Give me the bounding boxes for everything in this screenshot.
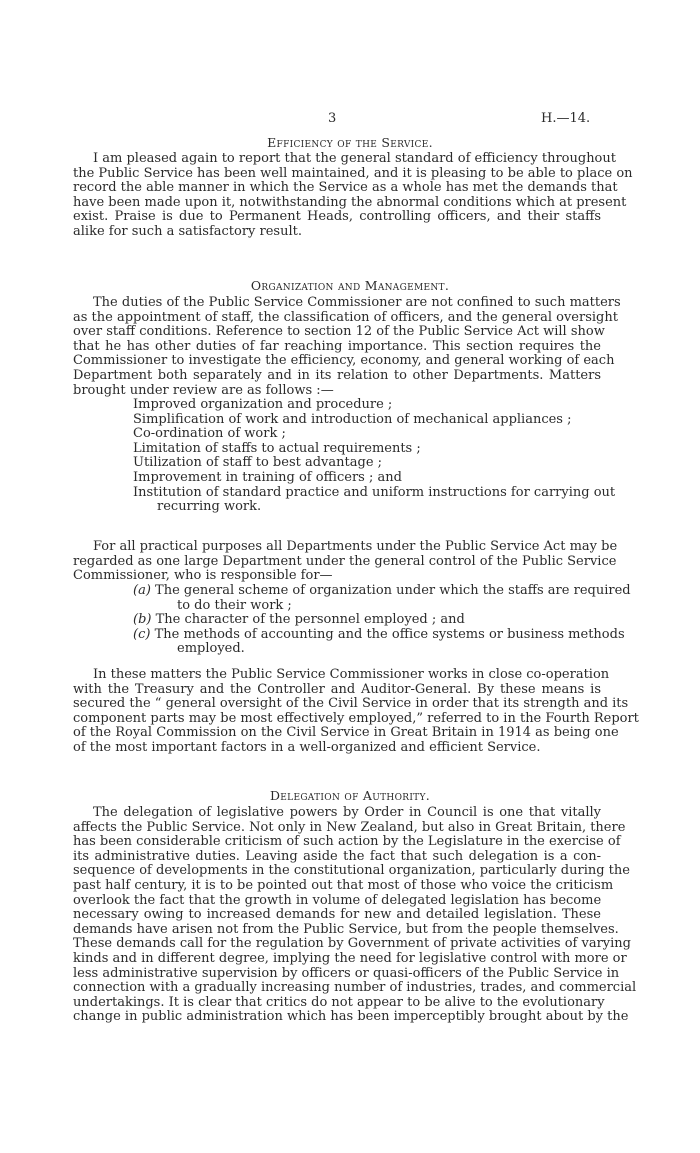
text-line: brought under review are as follows :—: [73, 384, 601, 399]
text-line: Department both separately and in its re…: [73, 369, 601, 384]
text-line: of the most important factors in a well-…: [73, 741, 601, 756]
text-line: connection with a gradually increasing n…: [73, 981, 601, 996]
text-line: of the Royal Commission on the Civil Ser…: [73, 726, 601, 741]
list-item: Co-ordination of work ;: [73, 427, 601, 442]
text-line: has been considerable criticism of such …: [73, 835, 601, 850]
text-line: its administrative duties. Leaving aside…: [73, 850, 601, 865]
document-reference: H.—14.: [541, 111, 590, 126]
review-list: Improved organization and procedure ; Si…: [73, 398, 601, 515]
enum-continuation: employed.: [73, 642, 601, 657]
paragraph-delegation: The delegation of legislative powers by …: [73, 806, 601, 1025]
page-header: 3 H.—14.: [0, 111, 700, 131]
text-line: demands have arisen not from the Public …: [73, 923, 601, 938]
list-item: Institution of standard practice and uni…: [73, 486, 601, 501]
text-line: The duties of the Public Service Commiss…: [73, 296, 601, 311]
text-line: alike for such a satisfactory result.: [73, 225, 601, 240]
text-line: change in public administration which ha…: [73, 1010, 601, 1025]
enum-label: (b): [133, 612, 151, 627]
list-item-continuation: recurring work.: [73, 500, 601, 515]
paragraph-cooperation: In these matters the Public Service Comm…: [73, 668, 601, 756]
text-line: component parts may be most effectively …: [73, 712, 601, 727]
text-line: exist. Praise is due to Permanent Heads,…: [73, 210, 601, 225]
text-line: These demands call for the regulation by…: [73, 937, 601, 952]
paragraph-practical-purposes: For all practical purposes all Departmen…: [73, 540, 601, 584]
text-line: less administrative supervision by offic…: [73, 967, 601, 982]
text-line: Commissioner to investigate the efficien…: [73, 354, 601, 369]
paragraph-organization-duties: The duties of the Public Service Commiss…: [73, 296, 601, 398]
text-line: undertakings. It is clear that critics d…: [73, 996, 601, 1011]
paragraph-efficiency: I am pleased again to report that the ge…: [73, 152, 601, 240]
list-item: Utilization of staff to best advantage ;: [73, 456, 601, 471]
text-line: that he has other duties of far reaching…: [73, 340, 601, 355]
list-item: Improvement in training of officers ; an…: [73, 471, 601, 486]
text-line: For all practical purposes all Departmen…: [73, 540, 601, 555]
enum-text: The methods of accounting and the office…: [155, 627, 625, 642]
page-number: 3: [328, 111, 336, 126]
text-line: The delegation of legislative powers by …: [73, 806, 601, 821]
section-heading-organization: Organization and Management.: [0, 278, 700, 293]
text-line: I am pleased again to report that the ge…: [73, 152, 601, 167]
enum-continuation: to do their work ;: [73, 599, 601, 614]
text-line: Commissioner, who is responsible for—: [73, 569, 601, 584]
text-line: record the able manner in which the Serv…: [73, 181, 601, 196]
enum-item-b: (b) The character of the personnel emplo…: [73, 613, 601, 628]
text-line: In these matters the Public Service Comm…: [73, 668, 601, 683]
text-line: sequence of developments in the constitu…: [73, 864, 601, 879]
text-line: necessary owing to increased demands for…: [73, 908, 601, 923]
text-line: regarded as one large Department under t…: [73, 555, 601, 570]
text-line: as the appointment of staff, the classif…: [73, 311, 601, 326]
text-line: have been made upon it, notwithstanding …: [73, 196, 601, 211]
list-item: Simplification of work and introduction …: [73, 413, 601, 428]
text-line: past half century, it is to be pointed o…: [73, 879, 601, 894]
enum-text: The character of the personnel employed …: [156, 612, 465, 627]
enum-label: (a): [133, 583, 151, 598]
list-item: Limitation of staffs to actual requireme…: [73, 442, 601, 457]
section-heading-delegation: Delegation of Authority.: [0, 788, 700, 803]
section-heading-efficiency: Efficiency of the Service.: [0, 135, 700, 150]
document-page: 3 H.—14. Efficiency of the Service. I am…: [0, 0, 700, 1153]
text-line: with the Treasury and the Controller and…: [73, 683, 601, 698]
enum-item-c: (c) The methods of accounting and the of…: [73, 628, 601, 643]
text-line: kinds and in different degree, implying …: [73, 952, 601, 967]
text-line: secured the “ general oversight of the C…: [73, 697, 601, 712]
enum-text: The general scheme of organization under…: [155, 583, 631, 598]
text-line: the Public Service has been well maintai…: [73, 167, 601, 182]
text-line: over staff conditions. Reference to sect…: [73, 325, 601, 340]
list-item: Improved organization and procedure ;: [73, 398, 601, 413]
text-line: overlook the fact that the growth in vol…: [73, 894, 601, 909]
enum-item-a: (a) The general scheme of organization u…: [73, 584, 601, 599]
enum-label: (c): [133, 627, 150, 642]
responsibilities-list: (a) The general scheme of organization u…: [73, 584, 601, 657]
text-line: affects the Public Service. Not only in …: [73, 821, 601, 836]
